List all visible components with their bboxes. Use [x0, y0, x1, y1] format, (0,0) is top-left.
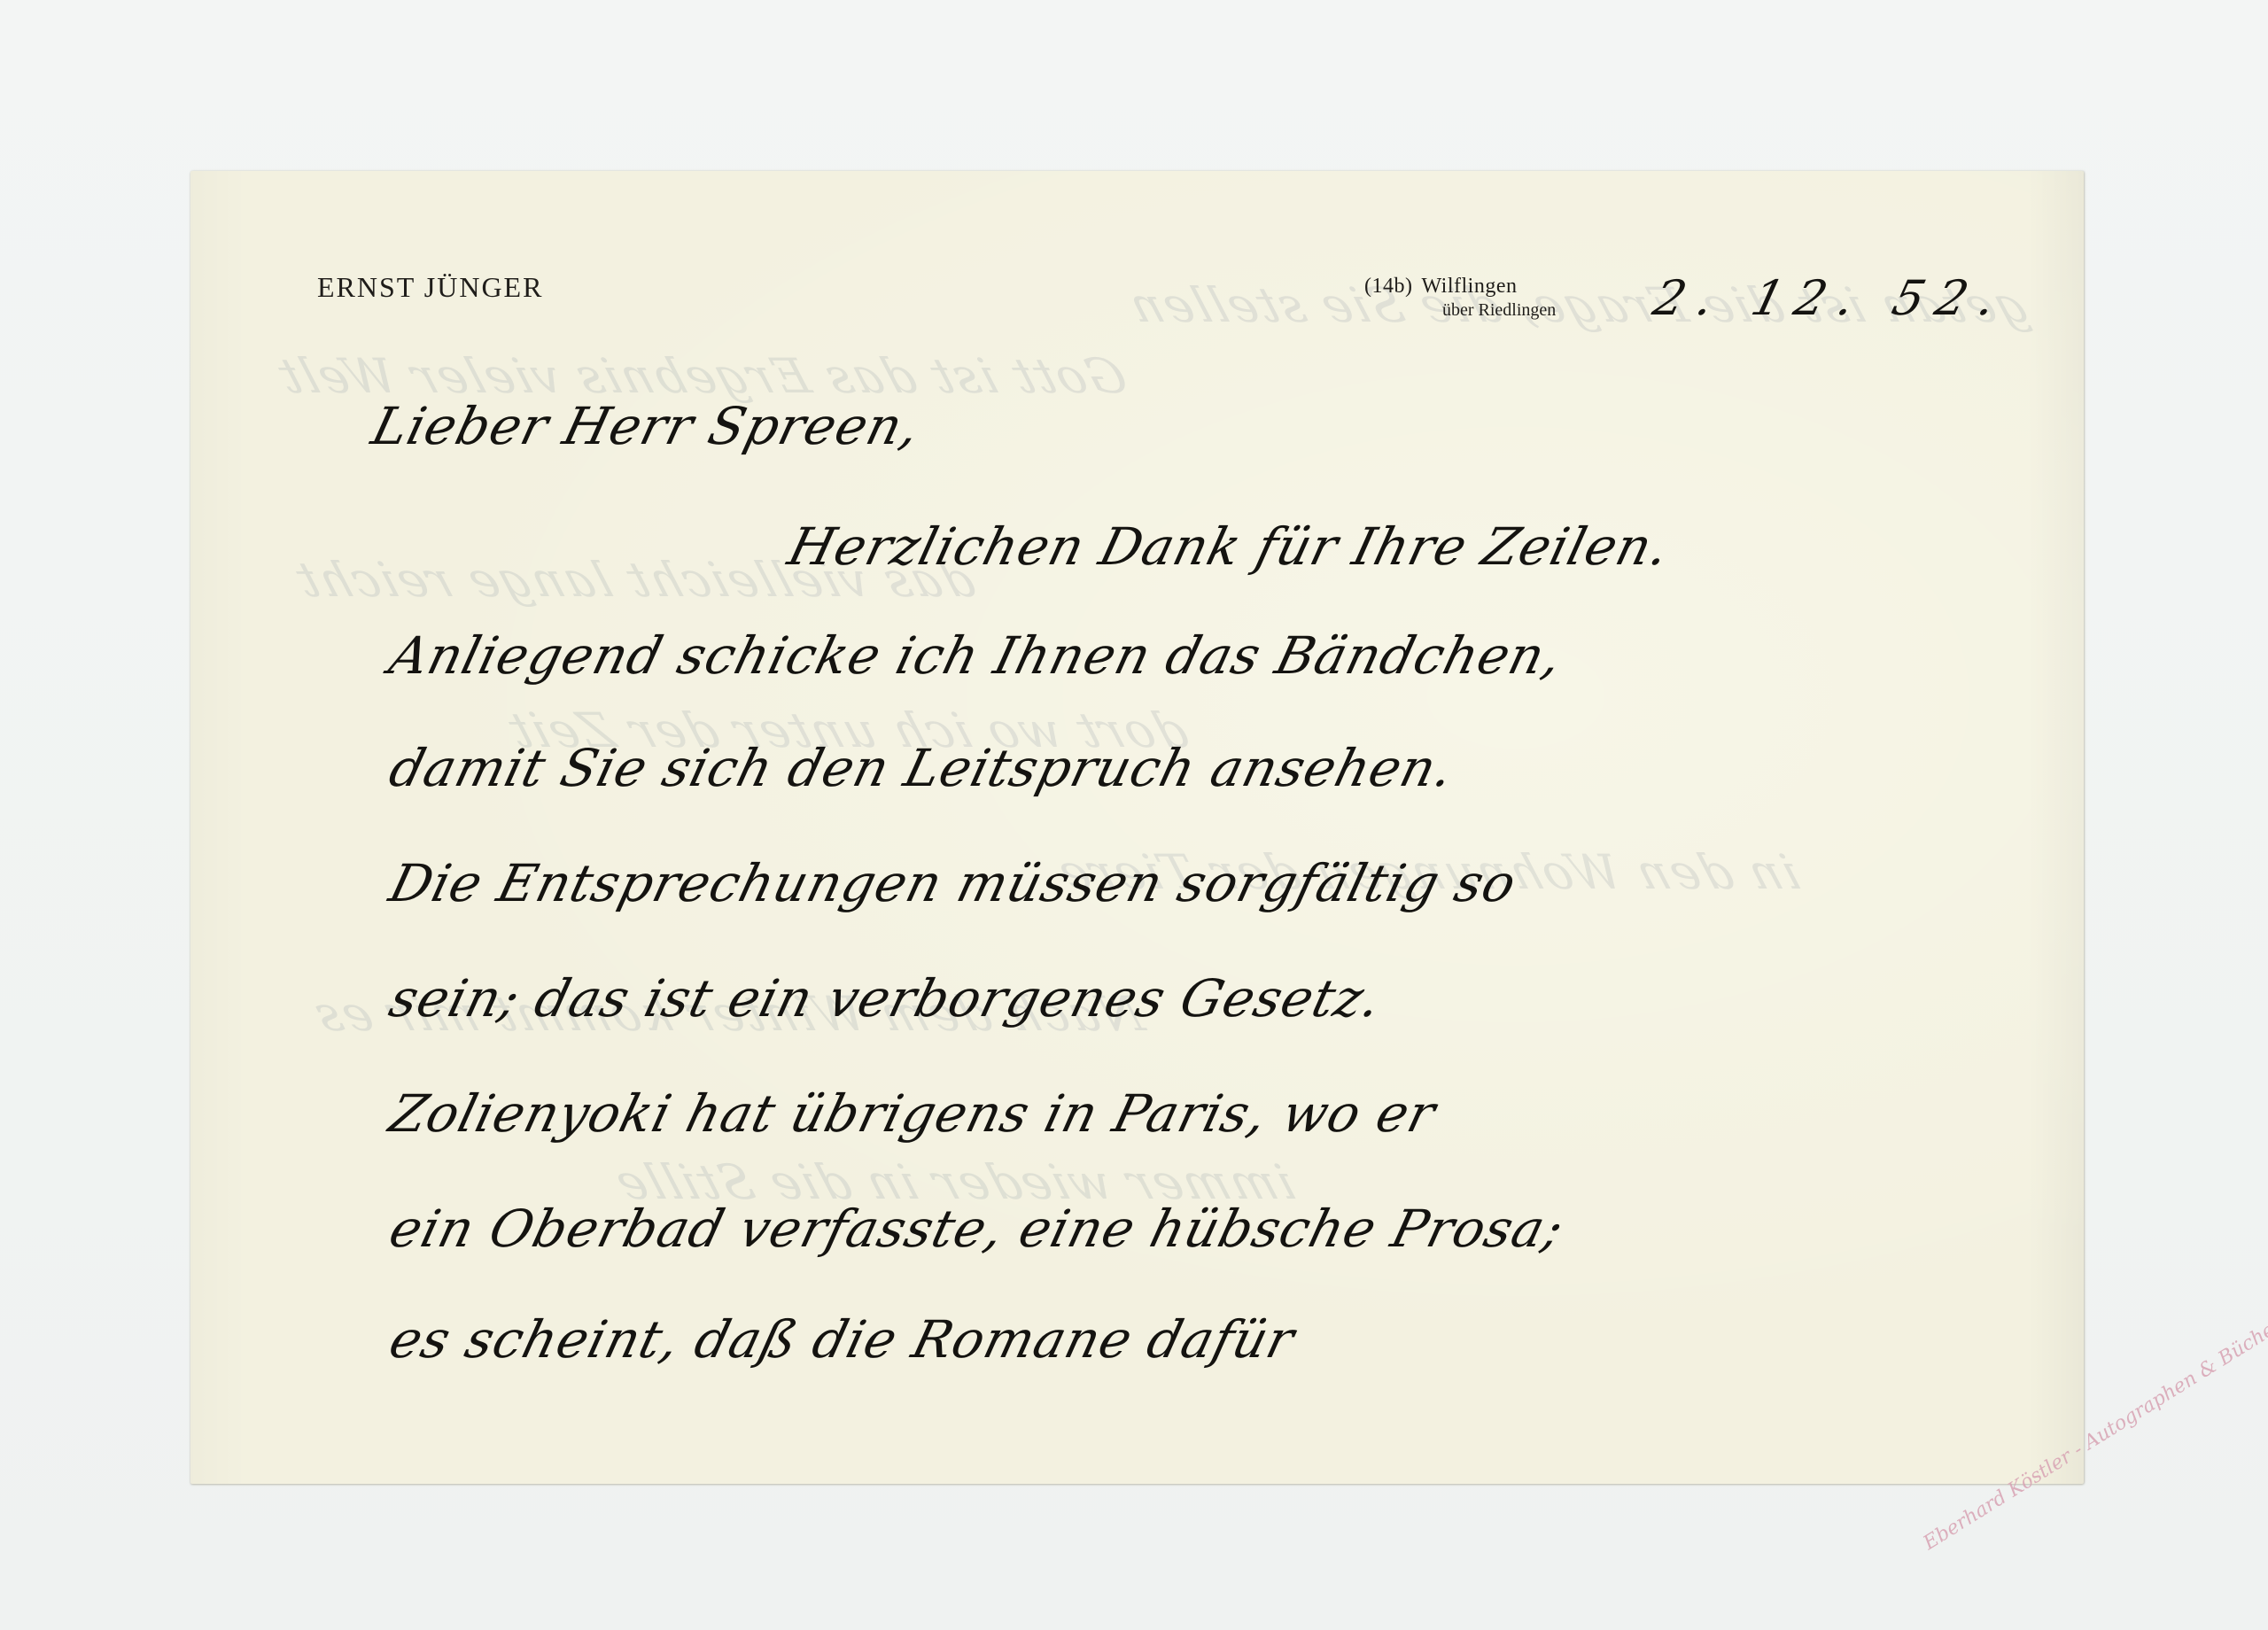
letter-date: 2. 12. 52. — [1648, 270, 2014, 326]
scan-background: getan ist die Frage, die Sie stellen Got… — [0, 0, 2268, 1630]
letterhead-place-line: (14b)Wilflingen — [1364, 275, 1556, 299]
letter-line: Die Entsprechungen müssen sorgfältig so — [384, 853, 1523, 913]
letterhead-address: (14b)Wilflingen über Riedlingen — [1364, 275, 1556, 321]
letterhead-name: ERNST JÜNGER — [317, 271, 543, 304]
letterhead-subplace: über Riedlingen — [1442, 300, 1556, 321]
letter-sheet: getan ist die Frage, die Sie stellen Got… — [190, 171, 2084, 1484]
bleed-through-layer: getan ist die Frage, die Sie stellen Got… — [190, 171, 2084, 1484]
place-name: Wilflingen — [1421, 275, 1517, 298]
letter-line: es scheint, daß die Romane dafür — [384, 1309, 1301, 1370]
letter-line: Zolienyoki hat übrigens in Paris, wo er — [384, 1083, 1442, 1144]
letter-line: Herzlichen Dank für Ihre Zeilen. — [782, 516, 1676, 577]
letter-line: ein Oberbad verfasste, eine hübsche Pros… — [384, 1199, 1570, 1259]
letter-line: Anliegend schicke ich Ihnen das Bändchen… — [384, 625, 1569, 686]
letter-line: damit Sie sich den Leitspruch ansehen. — [384, 738, 1460, 798]
postal-code: (14b) — [1364, 275, 1412, 298]
letter-salutation: Lieber Herr Spreen, — [366, 396, 927, 456]
letter-line: sein; das ist ein verborgenes Gesetz. — [384, 968, 1388, 1028]
